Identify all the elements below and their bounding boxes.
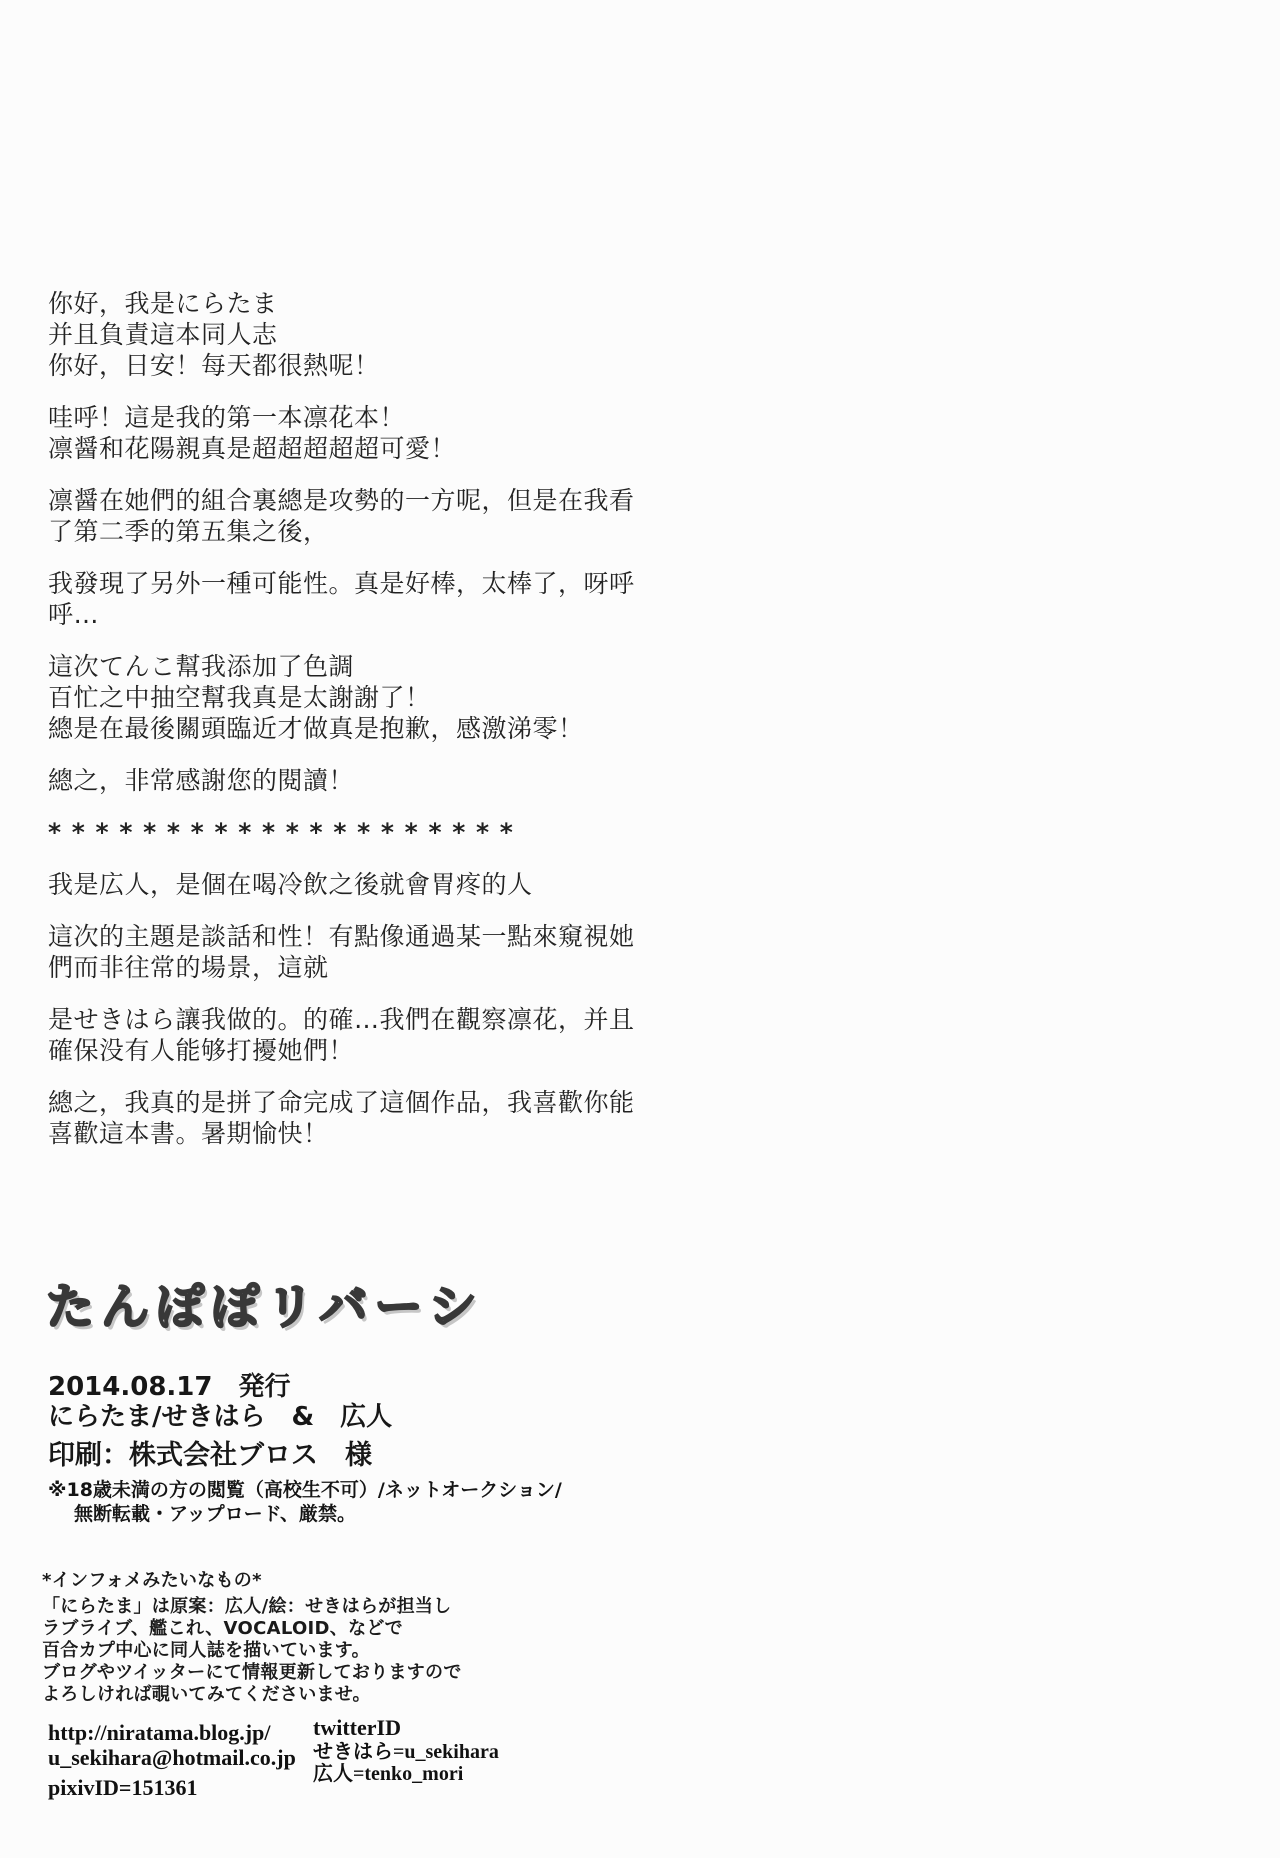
text-line: 你好，日安！每天都很熱呢！ xyxy=(48,350,708,381)
asterisk-divider: * * * * * * * * * * * * * * * * * * * * xyxy=(48,817,708,848)
colophon-block: 2014.08.17 発行 にらたま/せきはら & 広人 印刷：株式会社ブロス … xyxy=(48,1372,392,1471)
info-block: *インフォメみたいなもの* 「にらたま」は原案：広人/絵：せきはらが担当し ラブ… xyxy=(42,1570,462,1706)
text-line: 并且負責這本同人志 xyxy=(48,319,708,350)
text-line: 凛醤在她們的組合裏總是攻勢的一方呢，但是在我看 xyxy=(48,485,708,516)
afterword-niratama-section: 你好，我是にらたま 并且負責這本同人志 你好，日安！每天都很熱呢！ 哇呼！這是我… xyxy=(48,288,708,796)
text-line: 是せきはら讓我做的。的確…我們在觀察凛花，并且 xyxy=(48,1004,708,1035)
book-title: たんぽぽリバーシ xyxy=(46,1268,484,1337)
text-line: 了第二季的第五集之後， xyxy=(48,516,708,547)
text-line: 們而非往常的場景，這就 xyxy=(48,952,708,983)
text-line: 呼… xyxy=(48,599,708,630)
text-line: 你好，我是にらたま xyxy=(48,288,708,319)
paragraph: 哇呼！這是我的第一本凛花本！ 凛醤和花陽親真是超超超超超可愛！ xyxy=(48,402,708,464)
text-line: 我發現了另外一種可能性。真是好棒，太棒了，呀呼 xyxy=(48,568,708,599)
info-line: ブログやツイッターにて情報更新しておりますので xyxy=(42,1662,462,1684)
paragraph: 我發現了另外一種可能性。真是好棒，太棒了，呀呼 呼… xyxy=(48,568,708,630)
info-line: 「にらたま」は原案：広人/絵：せきはらが担当し xyxy=(42,1596,462,1618)
paragraph: 總之，非常感謝您的閱讀！ xyxy=(48,765,708,796)
age-warning-block: ※18歳未満の方の閲覧（高校生不可）/ネットオークション/ 無断転載・アップロー… xyxy=(48,1478,562,1526)
warning-line: 無断転載・アップロード、厳禁。 xyxy=(48,1502,562,1526)
paragraph: 凛醤在她們的組合裏總是攻勢的一方呢，但是在我看 了第二季的第五集之後， xyxy=(48,485,708,547)
afterword-hiroto-section: 我是広人，是個在喝冷飲之後就會胃疼的人 這次的主題是談話和性！有點像通過某一點來… xyxy=(48,869,708,1149)
publish-date: 2014.08.17 発行 xyxy=(48,1372,392,1402)
info-line: 百合カプ中心に同人誌を描いています。 xyxy=(42,1640,462,1662)
paragraph: 是せきはら讓我做的。的確…我們在觀察凛花，并且 確保没有人能够打擾她們！ xyxy=(48,1004,708,1066)
twitter-id-sekihara: せきはら=u_sekihara xyxy=(313,1741,499,1763)
twitter-id-hiroto: 広人=tenko_mori xyxy=(313,1763,499,1785)
text-line: 這次てんこ幫我添加了色調 xyxy=(48,651,708,682)
contact-left-column: http://niratama.blog.jp/ u_sekihara@hotm… xyxy=(48,1720,296,1800)
text-line: 總之，我真的是拼了命完成了這個作品，我喜歡你能 xyxy=(48,1087,708,1118)
paragraph: 我是広人，是個在喝冷飲之後就會胃疼的人 xyxy=(48,869,708,900)
contact-right-column: twitterID せきはら=u_sekihara 広人=tenko_mori xyxy=(313,1717,499,1785)
email-address: u_sekihara@hotmail.co.jp xyxy=(48,1745,296,1770)
circle-authors: にらたま/せきはら & 広人 xyxy=(48,1402,392,1432)
warning-line: ※18歳未満の方の閲覧（高校生不可）/ネットオークション/ xyxy=(48,1478,562,1502)
text-line: 哇呼！這是我的第一本凛花本！ xyxy=(48,402,708,433)
text-line: 確保没有人能够打擾她們！ xyxy=(48,1035,708,1066)
text-line: 我是広人，是個在喝冷飲之後就會胃疼的人 xyxy=(48,869,708,900)
paragraph: 這次的主題是談話和性！有點像通過某一點來窺視她 們而非往常的場景，這就 xyxy=(48,921,708,983)
text-line: 這次的主題是談話和性！有點像通過某一點來窺視她 xyxy=(48,921,708,952)
paragraph: 總之，我真的是拼了命完成了這個作品，我喜歡你能 喜歡這本書。暑期愉快！ xyxy=(48,1087,708,1149)
info-heading: *インフォメみたいなもの* xyxy=(42,1570,462,1592)
afterword-text-block: 你好，我是にらたま 并且負責這本同人志 你好，日安！每天都很熱呢！ 哇呼！這是我… xyxy=(48,288,708,1170)
info-line: よろしければ覗いてみてくださいませ。 xyxy=(42,1684,462,1706)
pixiv-id: pixivID=151361 xyxy=(48,1775,296,1800)
doujinshi-afterword-page: 你好，我是にらたま 并且負責這本同人志 你好，日安！每天都很熱呢！ 哇呼！這是我… xyxy=(0,0,1280,1858)
text-line: 凛醤和花陽親真是超超超超超可愛！ xyxy=(48,433,708,464)
paragraph: 你好，我是にらたま 并且負責這本同人志 你好，日安！每天都很熱呢！ xyxy=(48,288,708,381)
blog-url: http://niratama.blog.jp/ xyxy=(48,1720,296,1745)
text-line: 總是在最後關頭臨近才做真是抱歉，感激涕零！ xyxy=(48,713,708,744)
text-line: 喜歡這本書。暑期愉快！ xyxy=(48,1118,708,1149)
text-line: 百忙之中抽空幫我真是太謝謝了！ xyxy=(48,682,708,713)
text-line: 總之，非常感謝您的閱讀！ xyxy=(48,765,708,796)
twitter-id-heading: twitterID xyxy=(313,1717,499,1739)
printer-credit: 印刷：株式会社ブロス 様 xyxy=(48,1441,392,1471)
paragraph: 這次てんこ幫我添加了色調 百忙之中抽空幫我真是太謝謝了！ 總是在最後關頭臨近才做… xyxy=(48,651,708,744)
info-line: ラブライブ、艦これ、VOCALOID、などで xyxy=(42,1618,462,1640)
